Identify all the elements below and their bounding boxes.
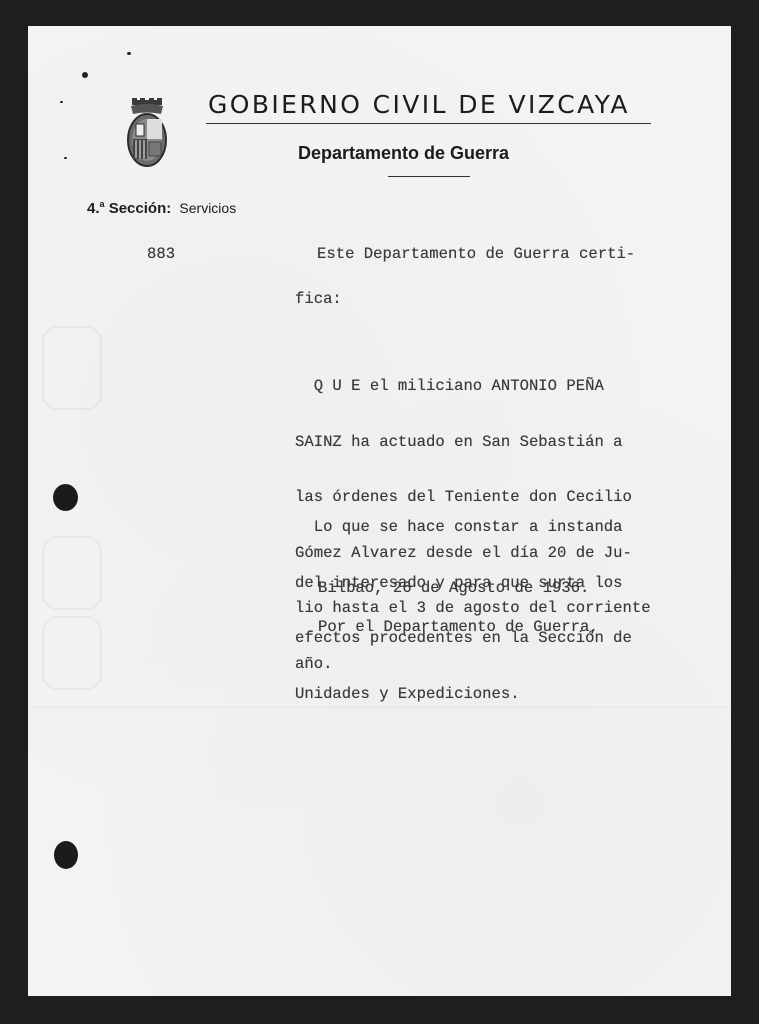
text-line: Q U E el miliciano ANTONIO PEÑA	[295, 377, 651, 396]
watermark-mark	[42, 536, 102, 610]
department-underline	[388, 176, 470, 177]
section-value: Servicios	[179, 200, 236, 216]
text-line: SAINZ ha actuado en San Sebastián a	[295, 433, 651, 452]
document-page: GOBIERNO CIVIL DE VIZCAYA Departamento d…	[28, 26, 731, 996]
government-title: GOBIERNO CIVIL DE VIZCAYA	[208, 90, 630, 119]
place-and-date: Bilbao, 26 de Agosto de 1936.	[318, 579, 589, 598]
ink-speck	[127, 52, 131, 55]
watermark-mark	[42, 326, 102, 410]
department-title: Departamento de Guerra	[298, 143, 509, 164]
section-number: 4.	[87, 200, 100, 217]
text-line: Unidades y Expediciones.	[295, 685, 632, 704]
intro-line-1: Este Departamento de Guerra certi-	[317, 245, 635, 264]
coat-of-arms-icon	[126, 98, 168, 168]
title-underline	[206, 123, 651, 124]
section-ordinal: a	[100, 199, 105, 209]
purpose-paragraph: Lo que se hace constar a instanda del in…	[295, 481, 632, 740]
signature-line: Por el Departamento de Guerra,	[318, 618, 599, 637]
section-heading: 4.a Sección: Servicios	[87, 199, 236, 217]
ink-speck	[64, 157, 67, 159]
ink-speck	[60, 101, 63, 103]
section-label: Sección:	[109, 200, 172, 217]
punch-hole-top	[53, 484, 78, 511]
text-line: Lo que se hace constar a instanda	[295, 518, 632, 537]
intro-line-2: fica:	[295, 290, 342, 309]
punch-hole-bottom	[54, 841, 78, 869]
reference-number: 883	[147, 245, 175, 264]
watermark-mark	[42, 616, 102, 690]
ink-speck	[82, 72, 88, 78]
